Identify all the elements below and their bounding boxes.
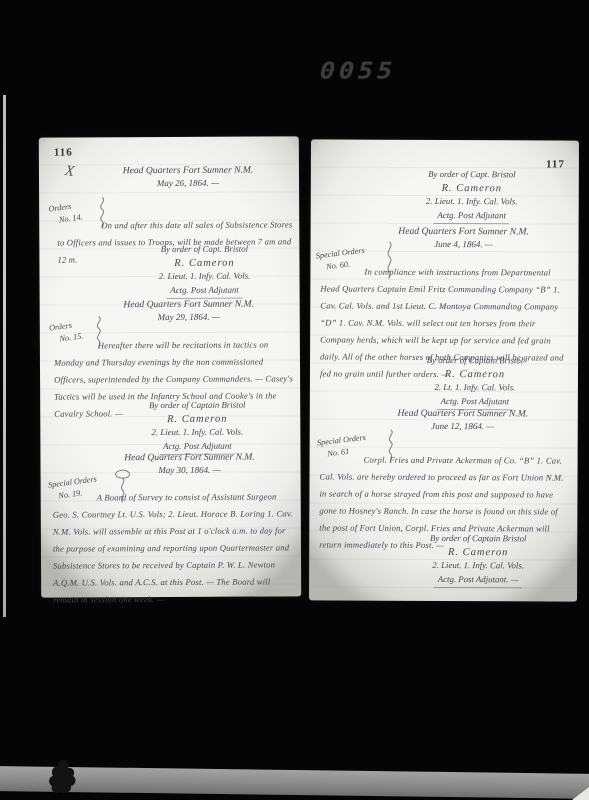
ledger-page-117: 117 By order of Capt. Bristol R. Cameron… bbox=[309, 139, 579, 601]
signoff-line: By order of Captain Bristol bbox=[383, 532, 573, 546]
signature: R. Cameron bbox=[102, 412, 292, 426]
entry-place: Head Quarters Fort Sumner N.M. bbox=[85, 164, 291, 176]
entry-heading: Head Quarters Fort Sumner N.M. May 29, 1… bbox=[86, 298, 292, 322]
pencil-check-mark: X bbox=[64, 163, 75, 181]
signature-block: By order of Captain Bristol R. Cameron 2… bbox=[102, 398, 292, 455]
signoff-line: By order of Capt. Bristol bbox=[377, 168, 567, 182]
signature: R. Cameron bbox=[383, 545, 573, 559]
ledger-page-116: 116 X Head Quarters Fort Sumner N.M. May… bbox=[39, 136, 301, 597]
film-edge-strip bbox=[3, 95, 6, 617]
ink-blob-mark bbox=[46, 758, 82, 796]
signoff-line: By order of Captain Bristol bbox=[102, 398, 292, 412]
entry-body: A Board of Survey to consist of Assistan… bbox=[53, 488, 296, 608]
signoff-line: 2. Lieut. 1. Infy. Cal. Vols. bbox=[109, 269, 299, 283]
entry-date: May 29, 1864. — bbox=[86, 311, 292, 322]
entry-place: Head Quarters Fort Sumner N.M. bbox=[86, 451, 292, 463]
entry-heading: Head Quarters Fort Sumner N.M. May 26, 1… bbox=[85, 164, 291, 188]
signature: R. Cameron bbox=[109, 256, 299, 270]
margin-label-line: Orders bbox=[49, 321, 73, 333]
signature-block: By order of Captain Bristol R. Cameron 2… bbox=[383, 532, 573, 589]
signoff-line: By order of Captain Bristol bbox=[380, 354, 570, 368]
entry-date: May 26, 1864. — bbox=[85, 177, 291, 188]
signoff-line: 2. Lieut. 1. Infy. Cal. Vols. bbox=[383, 559, 573, 573]
film-bottom-band bbox=[0, 766, 589, 799]
signature-block-carryover: By order of Capt. Bristol R. Cameron 2. … bbox=[377, 168, 567, 225]
entry-place: Head Quarters Fort Sumner N.M. bbox=[86, 298, 292, 310]
signoff-line: By order of Capt. Bristol bbox=[109, 242, 299, 256]
signoff-line: 2. Lieut. 1. Infy. Cal. Vols. bbox=[102, 425, 292, 439]
entry-place: Head Quarters Fort Sumner N.M. bbox=[356, 408, 570, 420]
entry-place: Head Quarters Fort Sumner N.M. bbox=[357, 226, 571, 238]
signature: R. Cameron bbox=[377, 181, 567, 195]
signoff-line: Actg. Post Adjutant bbox=[433, 208, 510, 224]
margin-label-line: Orders bbox=[48, 202, 72, 214]
signature-block: By order of Capt. Bristol R. Cameron 2. … bbox=[109, 242, 299, 299]
signoff-line: Actg. Post Adjutant. — bbox=[434, 572, 523, 588]
signoff-line: 2. Lieut. 1. Infy. Cal. Vols. bbox=[377, 195, 567, 209]
signoff-line: 2. Lt. 1. Infy. Cal. Vols. bbox=[380, 381, 570, 395]
signoff-line: Actg. Post Adjutant bbox=[166, 283, 243, 299]
page-number: 116 bbox=[54, 147, 73, 159]
film-frame-counter: 0055 bbox=[295, 57, 422, 84]
signature-block: By order of Captain Bristol R. Cameron 2… bbox=[380, 354, 570, 411]
signature: R. Cameron bbox=[380, 367, 570, 381]
